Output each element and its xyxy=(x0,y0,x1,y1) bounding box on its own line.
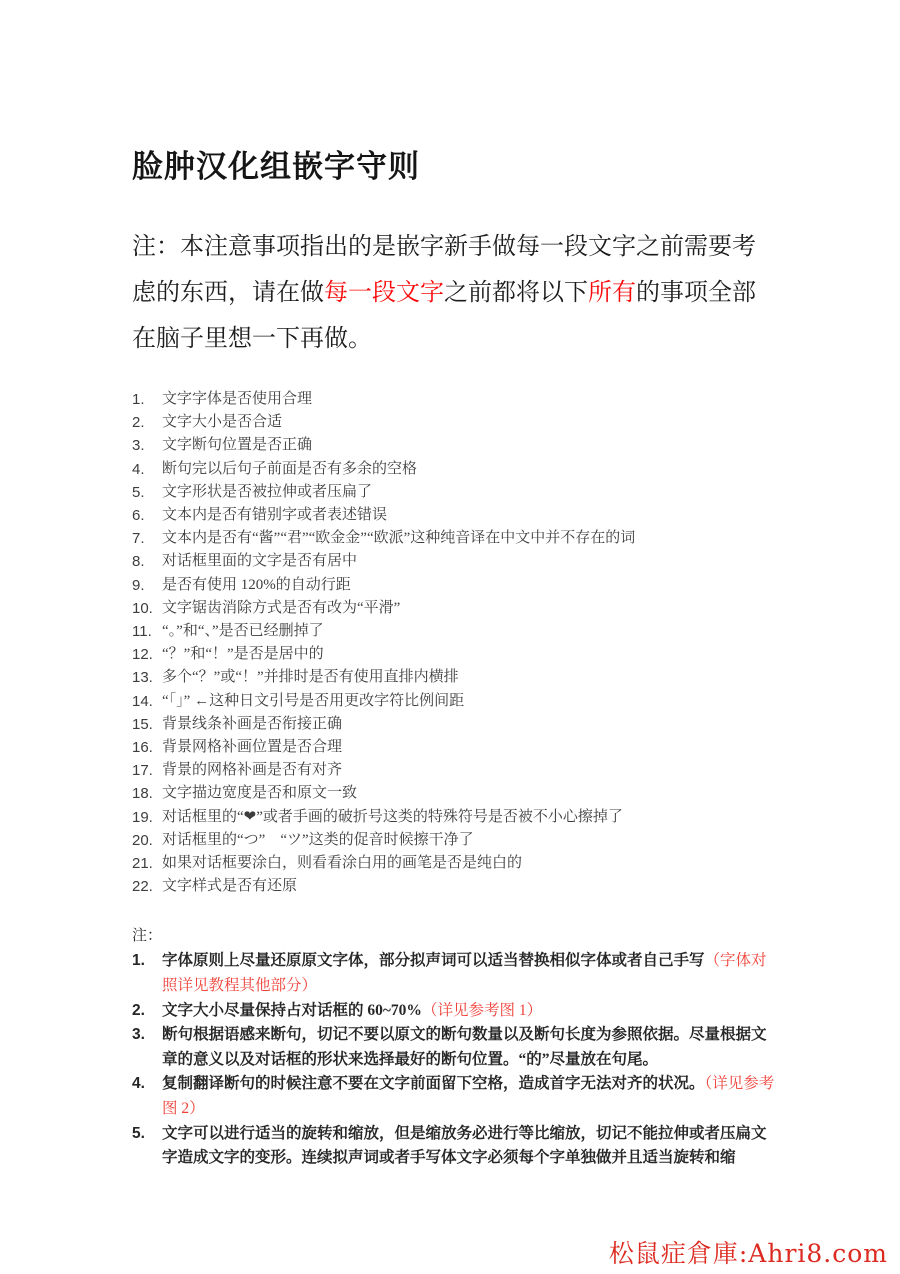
note-text: 文字大小尽量保持占对话框的 60~70%（详见参考图 1） xyxy=(162,999,780,1024)
item-number: 16. xyxy=(132,736,162,759)
checklist-item: 16.背景网格补画位置是否合理 xyxy=(132,736,780,759)
item-number: 15. xyxy=(132,713,162,736)
item-number: 8. xyxy=(132,550,162,573)
intro-text-2: 之前都将以下 xyxy=(444,280,588,306)
note-number: 3. xyxy=(132,1023,162,1072)
item-text: 背景的网格补画是否有对齐 xyxy=(162,759,780,782)
item-text: “「」” ←这种日文引号是否用更改字符比例间距 xyxy=(162,690,780,713)
checklist: 1.文字字体是否使用合理 2.文字大小是否合适 3.文字断句位置是否正确 4.断… xyxy=(132,388,780,898)
item-number: 21. xyxy=(132,852,162,875)
checklist-item: 1.文字字体是否使用合理 xyxy=(132,388,780,411)
item-text: 文字描边宽度是否和原文一致 xyxy=(162,782,780,805)
checklist-item: 19.对话框里的“❤”或者手画的破折号这类的特殊符号是否被不小心擦掉了 xyxy=(132,806,780,829)
item-number: 22. xyxy=(132,875,162,898)
note-body: 复制翻译断句的时候注意不要在文字前面留下空格，造成首字无法对齐的状况。 xyxy=(162,1075,705,1092)
intro-paragraph: 注：本注意事项指出的是嵌字新手做每一段文字之前需要考虑的东西，请在做每一段文字之… xyxy=(132,224,774,362)
note-body: 字体原则上尽量还原原文字体，部分拟声词可以适当替换相似字体或者自己手写 xyxy=(162,952,705,969)
item-text: 文本内是否有错别字或者表述错误 xyxy=(162,504,780,527)
item-text: 背景网格补画位置是否合理 xyxy=(162,736,780,759)
checklist-item: 20.对话框里的“つ” “ツ”这类的促音时候擦干净了 xyxy=(132,829,780,852)
item-number: 20. xyxy=(132,829,162,852)
intro-red-highlight-2: 所有 xyxy=(588,280,636,306)
checklist-item: 17.背景的网格补画是否有对齐 xyxy=(132,759,780,782)
document-page: 脸肿汉化组嵌字守则 注：本注意事项指出的是嵌字新手做每一段文字之前需要考虑的东西… xyxy=(0,0,900,1274)
intro-red-highlight-1: 每一段文字 xyxy=(324,280,444,306)
item-text: 是否有使用 120%的自动行距 xyxy=(162,574,780,597)
note-text: 字体原则上尽量还原原文字体，部分拟声词可以适当替换相似字体或者自己手写（字体对照… xyxy=(162,949,780,998)
checklist-item: 14.“「」” ←这种日文引号是否用更改字符比例间距 xyxy=(132,690,780,713)
item-text: 如果对话框要涂白，则看看涂白用的画笔是否是纯白的 xyxy=(162,852,780,875)
note-item: 2.文字大小尽量保持占对话框的 60~70%（详见参考图 1） xyxy=(132,999,780,1024)
item-text: 断句完以后句子前面是否有多余的空格 xyxy=(162,458,780,481)
note-body: 文字大小尽量保持占对话框的 60~70% xyxy=(162,1002,422,1019)
note-number: 1. xyxy=(132,949,162,998)
item-text: “？”和“！”是否是居中的 xyxy=(162,643,780,666)
note-red-reference: （详见参考图 1） xyxy=(422,1002,542,1019)
checklist-item: 2.文字大小是否合适 xyxy=(132,411,780,434)
item-number: 1. xyxy=(132,388,162,411)
checklist-item: 10.文字锯齿消除方式是否有改为“平滑” xyxy=(132,597,780,620)
note-body: 文字可以进行适当的旋转和缩放，但是缩放务必进行等比缩放，切记不能拉伸或者压扁文字… xyxy=(162,1125,767,1167)
item-number: 9. xyxy=(132,574,162,597)
item-text: 背景线条补画是否衔接正确 xyxy=(162,713,780,736)
item-number: 10. xyxy=(132,597,162,620)
item-text: 对话框里的“つ” “ツ”这类的促音时候擦干净了 xyxy=(162,829,780,852)
checklist-item: 4.断句完以后句子前面是否有多余的空格 xyxy=(132,458,780,481)
checklist-item: 6.文本内是否有错别字或者表述错误 xyxy=(132,504,780,527)
item-number: 19. xyxy=(132,806,162,829)
item-number: 12. xyxy=(132,643,162,666)
checklist-item: 8.对话框里面的文字是否有居中 xyxy=(132,550,780,573)
item-number: 13. xyxy=(132,666,162,689)
item-number: 5. xyxy=(132,481,162,504)
item-number: 17. xyxy=(132,759,162,782)
checklist-item: 9.是否有使用 120%的自动行距 xyxy=(132,574,780,597)
item-number: 6. xyxy=(132,504,162,527)
checklist-item: 13.多个“？”或“！”并排时是否有使用直排内横排 xyxy=(132,666,780,689)
note-text: 文字可以进行适当的旋转和缩放，但是缩放务必进行等比缩放，切记不能拉伸或者压扁文字… xyxy=(162,1122,780,1171)
item-number: 18. xyxy=(132,782,162,805)
item-text: 文字形状是否被拉伸或者压扁了 xyxy=(162,481,780,504)
checklist-item: 18.文字描边宽度是否和原文一致 xyxy=(132,782,780,805)
item-text: 文本内是否有“酱”“君”“欧金金”“欧派”这种纯音译在中文中并不存在的词 xyxy=(162,527,780,550)
item-text: “。”和“、”是否已经删掉了 xyxy=(162,620,780,643)
item-number: 3. xyxy=(132,434,162,457)
note-text: 复制翻译断句的时候注意不要在文字前面留下空格，造成首字无法对齐的状况。（详见参考… xyxy=(162,1072,780,1121)
checklist-item: 5.文字形状是否被拉伸或者压扁了 xyxy=(132,481,780,504)
checklist-item: 12.“？”和“！”是否是居中的 xyxy=(132,643,780,666)
item-text: 文字锯齿消除方式是否有改为“平滑” xyxy=(162,597,780,620)
note-item: 5.文字可以进行适当的旋转和缩放，但是缩放务必进行等比缩放，切记不能拉伸或者压扁… xyxy=(132,1122,780,1171)
notes-label: 注： xyxy=(132,924,772,945)
item-text: 文字断句位置是否正确 xyxy=(162,434,780,457)
checklist-item: 22.文字样式是否有还原 xyxy=(132,875,780,898)
note-number: 2. xyxy=(132,999,162,1024)
item-text: 文字字体是否使用合理 xyxy=(162,388,780,411)
item-text: 对话框里的“❤”或者手画的破折号这类的特殊符号是否被不小心擦掉了 xyxy=(162,806,780,829)
note-item: 3.断句根据语感来断句，切记不要以原文的断句数量以及断句长度为参照依据。尽量根据… xyxy=(132,1023,780,1072)
item-text: 文字大小是否合适 xyxy=(162,411,780,434)
checklist-item: 15.背景线条补画是否衔接正确 xyxy=(132,713,780,736)
checklist-item: 3.文字断句位置是否正确 xyxy=(132,434,780,457)
watermark: 松鼠症倉庫:Ahri8.com xyxy=(609,1234,888,1270)
item-number: 11. xyxy=(132,620,162,643)
item-text: 多个“？”或“！”并排时是否有使用直排内横排 xyxy=(162,666,780,689)
note-item: 1.字体原则上尽量还原原文字体，部分拟声词可以适当替换相似字体或者自己手写（字体… xyxy=(132,949,780,998)
note-text: 断句根据语感来断句，切记不要以原文的断句数量以及断句长度为参照依据。尽量根据文章… xyxy=(162,1023,780,1072)
item-number: 4. xyxy=(132,458,162,481)
note-number: 5. xyxy=(132,1122,162,1171)
item-number: 14. xyxy=(132,690,162,713)
item-number: 2. xyxy=(132,411,162,434)
checklist-item: 7.文本内是否有“酱”“君”“欧金金”“欧派”这种纯音译在中文中并不存在的词 xyxy=(132,527,780,550)
item-text: 对话框里面的文字是否有居中 xyxy=(162,550,780,573)
notes-list: 1.字体原则上尽量还原原文字体，部分拟声词可以适当替换相似字体或者自己手写（字体… xyxy=(132,949,780,1170)
checklist-item: 11.“。”和“、”是否已经删掉了 xyxy=(132,620,780,643)
note-number: 4. xyxy=(132,1072,162,1121)
checklist-item: 21.如果对话框要涂白，则看看涂白用的画笔是否是纯白的 xyxy=(132,852,780,875)
page-title: 脸肿汉化组嵌字守则 xyxy=(132,0,772,186)
note-item: 4.复制翻译断句的时候注意不要在文字前面留下空格，造成首字无法对齐的状况。（详见… xyxy=(132,1072,780,1121)
item-text: 文字样式是否有还原 xyxy=(162,875,780,898)
note-body: 断句根据语感来断句，切记不要以原文的断句数量以及断句长度为参照依据。尽量根据文章… xyxy=(162,1026,767,1068)
item-number: 7. xyxy=(132,527,162,550)
